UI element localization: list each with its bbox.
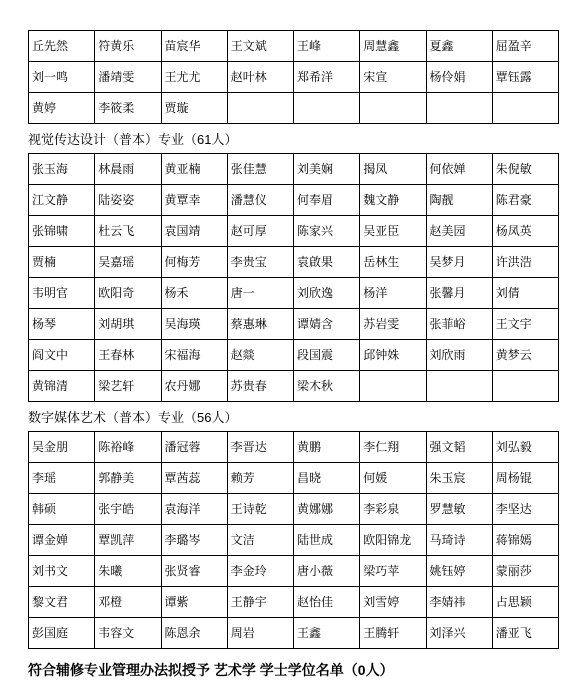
name-cell: 苏岩雯: [360, 309, 426, 340]
name-cell: 李金玲: [227, 556, 293, 587]
name-cell: 潘靖雯: [95, 62, 161, 93]
name-cell: 林晨雨: [95, 154, 161, 185]
name-cell: 唐一: [227, 278, 293, 309]
name-cell: 周岩: [227, 618, 293, 649]
name-cell: 吴亚臣: [360, 216, 426, 247]
name-cell: 王静宇: [227, 587, 293, 618]
name-cell: 吴金朋: [29, 432, 95, 463]
visual-communication-names-table: 张玉海林晨雨黄亚楠张佳慧刘美娴揭凤何依婵朱倪敏江文静陆姿姿黄覃幸潘慧仪何奉眉魏文…: [28, 153, 559, 402]
name-cell: 黎文君: [29, 587, 95, 618]
name-cell: 丘先然: [29, 31, 95, 62]
name-cell: 杨琴: [29, 309, 95, 340]
table-row: 刘一鸣潘靖雯王尤尤赵叶林郑希洋宋宣杨伶娟覃钰露: [29, 62, 559, 93]
name-cell: 郑希洋: [294, 62, 360, 93]
digital-media-names-table: 吴金朋陈裕峰潘冠蓉李晋达黄鹏李仁翔强文韬刘弘毅李瑶郭静美覃茜蕊赖芳昌晓何媛朱玉宸…: [28, 431, 559, 649]
name-cell: 陈裕峰: [95, 432, 161, 463]
name-cell: 李瑶: [29, 463, 95, 494]
name-cell: 王尤尤: [161, 62, 227, 93]
name-cell: 符黄乐: [95, 31, 161, 62]
name-cell: 昌晓: [294, 463, 360, 494]
name-cell: 吴海瑛: [161, 309, 227, 340]
name-cell: 黄鹏: [294, 432, 360, 463]
table-row: 黎文君邓橙谭紫王静宇赵怡佳刘雪婷李婧祎占思颖: [29, 587, 559, 618]
name-cell: 贾璇: [161, 93, 227, 124]
name-cell: [227, 93, 293, 124]
name-cell: 吴梦月: [426, 247, 492, 278]
table-row: 江文静陆姿姿黄覃幸潘慧仪何奉眉魏文静陶靓陈君豪: [29, 185, 559, 216]
name-cell: 刘欣逸: [294, 278, 360, 309]
name-cell: 赵燚: [227, 340, 293, 371]
table-row: 杨琴刘胡琪吴海瑛蔡惠琳谭婧含苏岩雯张菲峪王文宇: [29, 309, 559, 340]
table-row: 张玉海林晨雨黄亚楠张佳慧刘美娴揭凤何依婵朱倪敏: [29, 154, 559, 185]
name-cell: 梁艺轩: [95, 371, 161, 402]
name-cell: 苗宸华: [161, 31, 227, 62]
name-cell: 郭静美: [95, 463, 161, 494]
name-cell: 袁国靖: [161, 216, 227, 247]
name-cell: 黄亚楠: [161, 154, 227, 185]
name-cell: 赵叶林: [227, 62, 293, 93]
name-cell: 杨凤英: [492, 216, 558, 247]
name-cell: [360, 93, 426, 124]
name-cell: 袁啟果: [294, 247, 360, 278]
name-cell: 张玉海: [29, 154, 95, 185]
name-cell: 黄娜娜: [294, 494, 360, 525]
name-cell: 宋福海: [161, 340, 227, 371]
name-cell: 王文宇: [492, 309, 558, 340]
name-cell: 刘美娴: [294, 154, 360, 185]
name-cell: 张宇皓: [95, 494, 161, 525]
name-cell: 黄婷: [29, 93, 95, 124]
name-cell: [492, 371, 558, 402]
name-cell: 阎文中: [29, 340, 95, 371]
name-cell: 蒋锦嫣: [492, 525, 558, 556]
table-row: 吴金朋陈裕峰潘冠蓉李晋达黄鹏李仁翔强文韬刘弘毅: [29, 432, 559, 463]
name-cell: 赵怡佳: [294, 587, 360, 618]
name-cell: 王春林: [95, 340, 161, 371]
name-cell: 潘冠蓉: [161, 432, 227, 463]
name-cell: 赵美园: [426, 216, 492, 247]
name-cell: 刘一鸣: [29, 62, 95, 93]
name-cell: 刘泽兴: [426, 618, 492, 649]
name-cell: 张贤睿: [161, 556, 227, 587]
name-cell: 朱曦: [95, 556, 161, 587]
name-cell: 罗慧敏: [426, 494, 492, 525]
name-cell: 蒙丽莎: [492, 556, 558, 587]
name-cell: 张锦啸: [29, 216, 95, 247]
table-row: 张锦啸杜云飞袁国靖赵可厚陈家兴吴亚臣赵美园杨凤英: [29, 216, 559, 247]
name-cell: 占思颖: [492, 587, 558, 618]
name-cell: 夏鑫: [426, 31, 492, 62]
name-cell: 谭紫: [161, 587, 227, 618]
name-cell: 王诗乾: [227, 494, 293, 525]
name-cell: 李仁翔: [360, 432, 426, 463]
name-cell: 何奉眉: [294, 185, 360, 216]
table-row: 贾楠吴嘉瑶何梅芳李贵宝袁啟果岳林生吴梦月许洪浩: [29, 247, 559, 278]
name-cell: 彭国庭: [29, 618, 95, 649]
name-cell: 张菲峪: [426, 309, 492, 340]
name-cell: 朱玉宸: [426, 463, 492, 494]
name-cell: 陈恩余: [161, 618, 227, 649]
table-row: 彭国庭韦容文陈恩余周岩王鑫王腾轩刘泽兴潘亚飞: [29, 618, 559, 649]
name-cell: 谭婧含: [294, 309, 360, 340]
name-cell: 宋宣: [360, 62, 426, 93]
name-cell: 刘雪婷: [360, 587, 426, 618]
name-cell: 揭凤: [360, 154, 426, 185]
name-cell: 黄锦清: [29, 371, 95, 402]
name-cell: 姚钰婷: [426, 556, 492, 587]
name-cell: 段国震: [294, 340, 360, 371]
name-cell: 周杨锟: [492, 463, 558, 494]
name-cell: 杨禾: [161, 278, 227, 309]
name-cell: 何媛: [360, 463, 426, 494]
table-row: 阎文中王春林宋福海赵燚段国震邱钟姝刘欣雨黄梦云: [29, 340, 559, 371]
table-row: 丘先然符黄乐苗宸华王文斌王峰周慧鑫夏鑫屈盈辛: [29, 31, 559, 62]
name-cell: 强文韬: [426, 432, 492, 463]
overflow-names-table: 丘先然符黄乐苗宸华王文斌王峰周慧鑫夏鑫屈盈辛刘一鸣潘靖雯王尤尤赵叶林郑希洋宋宣杨…: [28, 30, 559, 124]
name-cell: [360, 371, 426, 402]
name-cell: 魏文静: [360, 185, 426, 216]
name-cell: 李璐岑: [161, 525, 227, 556]
name-cell: 蔡惠琳: [227, 309, 293, 340]
name-cell: 周慧鑫: [360, 31, 426, 62]
section-heading-visual-communication-design: 视觉传达设计（普本）专业（61人）: [28, 131, 560, 148]
degree-name-list-page: 丘先然符黄乐苗宸华王文斌王峰周慧鑫夏鑫屈盈辛刘一鸣潘靖雯王尤尤赵叶林郑希洋宋宣杨…: [0, 0, 573, 696]
name-cell: 王峰: [294, 31, 360, 62]
name-cell: 屈盈辛: [492, 31, 558, 62]
name-cell: 江文静: [29, 185, 95, 216]
name-cell: 梁木秋: [294, 371, 360, 402]
name-cell: 韦容文: [95, 618, 161, 649]
name-cell: 岳林生: [360, 247, 426, 278]
name-cell: 文洁: [227, 525, 293, 556]
table-row: 韩硕张宇皓袁海洋王诗乾黄娜娜李彩泉罗慧敏李坚达: [29, 494, 559, 525]
name-cell: 李婧祎: [426, 587, 492, 618]
name-cell: 李筱柔: [95, 93, 161, 124]
name-cell: 欧阳奇: [95, 278, 161, 309]
name-cell: 覃钰露: [492, 62, 558, 93]
table-row: 李瑶郭静美覃茜蕊赖芳昌晓何媛朱玉宸周杨锟: [29, 463, 559, 494]
name-cell: 刘书文: [29, 556, 95, 587]
name-cell: 刘欣雨: [426, 340, 492, 371]
name-cell: 何梅芳: [161, 247, 227, 278]
name-cell: 韦明官: [29, 278, 95, 309]
name-cell: [426, 371, 492, 402]
name-cell: 许洪浩: [492, 247, 558, 278]
name-cell: [492, 93, 558, 124]
name-cell: 李晋达: [227, 432, 293, 463]
minor-degree-footer-text: 符合辅修专业管理办法拟授予 艺术学 学士学位名单（0人）: [28, 661, 560, 679]
name-cell: 马琦诗: [426, 525, 492, 556]
name-cell: 张馨月: [426, 278, 492, 309]
name-cell: 覃凯萍: [95, 525, 161, 556]
name-cell: 覃茜蕊: [161, 463, 227, 494]
name-cell: 李彩泉: [360, 494, 426, 525]
name-cell: 潘慧仪: [227, 185, 293, 216]
name-cell: 黄覃幸: [161, 185, 227, 216]
name-cell: 杨洋: [360, 278, 426, 309]
table-row: 黄婷李筱柔贾璇: [29, 93, 559, 124]
name-cell: 黄梦云: [492, 340, 558, 371]
name-cell: 杨伶娟: [426, 62, 492, 93]
name-cell: 陶靓: [426, 185, 492, 216]
name-cell: 唐小薇: [294, 556, 360, 587]
name-cell: 陈家兴: [294, 216, 360, 247]
name-cell: 李坚达: [492, 494, 558, 525]
name-cell: 刘倩: [492, 278, 558, 309]
name-cell: 邓橙: [95, 587, 161, 618]
name-cell: 吴嘉瑶: [95, 247, 161, 278]
name-cell: [426, 93, 492, 124]
name-cell: 李贵宝: [227, 247, 293, 278]
name-cell: 农丹娜: [161, 371, 227, 402]
name-cell: 邱钟姝: [360, 340, 426, 371]
name-cell: 朱倪敏: [492, 154, 558, 185]
name-cell: 何依婵: [426, 154, 492, 185]
name-cell: 赵可厚: [227, 216, 293, 247]
name-cell: 赖芳: [227, 463, 293, 494]
name-cell: 苏贵春: [227, 371, 293, 402]
table-row: 黄锦清梁艺轩农丹娜苏贵春梁木秋: [29, 371, 559, 402]
name-cell: 王文斌: [227, 31, 293, 62]
name-cell: 谭金婵: [29, 525, 95, 556]
name-cell: 陆世成: [294, 525, 360, 556]
table-row: 刘书文朱曦张贤睿李金玲唐小薇梁巧苹姚钰婷蒙丽莎: [29, 556, 559, 587]
name-cell: 张佳慧: [227, 154, 293, 185]
name-cell: 陈君豪: [492, 185, 558, 216]
name-cell: 韩硕: [29, 494, 95, 525]
name-cell: 刘弘毅: [492, 432, 558, 463]
name-cell: 梁巧苹: [360, 556, 426, 587]
name-cell: 杜云飞: [95, 216, 161, 247]
name-cell: 袁海洋: [161, 494, 227, 525]
name-cell: 欧阳锦龙: [360, 525, 426, 556]
name-cell: 陆姿姿: [95, 185, 161, 216]
name-cell: 刘胡琪: [95, 309, 161, 340]
name-cell: 王腾轩: [360, 618, 426, 649]
name-cell: 王鑫: [294, 618, 360, 649]
table-row: 韦明官欧阳奇杨禾唐一刘欣逸杨洋张馨月刘倩: [29, 278, 559, 309]
name-cell: 潘亚飞: [492, 618, 558, 649]
section-heading-digital-media-art: 数字媒体艺术（普本）专业（56人）: [28, 409, 560, 426]
name-cell: [294, 93, 360, 124]
name-cell: 贾楠: [29, 247, 95, 278]
table-row: 谭金婵覃凯萍李璐岑文洁陆世成欧阳锦龙马琦诗蒋锦嫣: [29, 525, 559, 556]
